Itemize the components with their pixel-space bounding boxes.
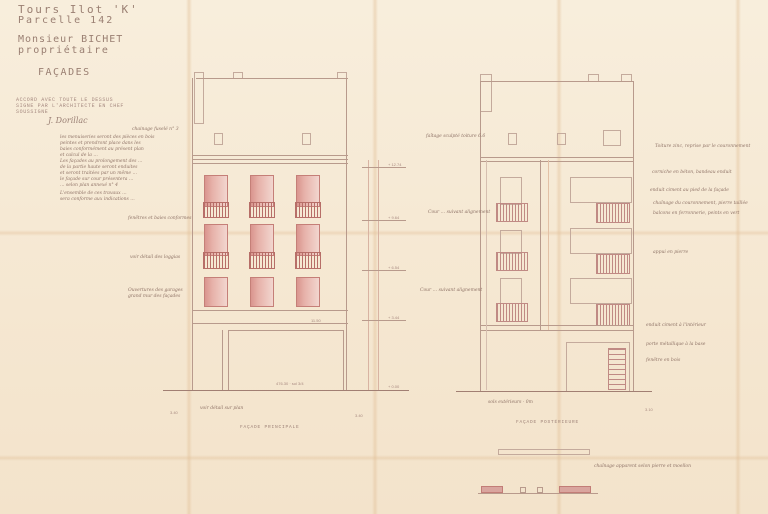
approval-line: SOUSSIGNE [16, 109, 48, 115]
balcony-railing [249, 252, 275, 269]
principal-facade-label: FAÇADE PRINCIPALE [240, 425, 300, 430]
paper-fold [0, 230, 768, 236]
annotation: fenêtres et baies conformes [128, 216, 191, 222]
balcony-railing [496, 203, 528, 222]
chimney [480, 74, 492, 112]
balcony-railing [203, 202, 229, 218]
annotation: balcons en ferronnerie, peints en vert [653, 211, 739, 217]
paper-fold [0, 455, 768, 461]
window [250, 277, 274, 307]
roof-window [508, 133, 517, 145]
paper-fold [556, 0, 562, 514]
annotation: chaînage du couronnement, pierre taillée [653, 201, 748, 207]
owner-line-2: propriétaire [18, 45, 109, 56]
architectural-sheet: Tours Ilot 'K' Parcelle 142 Monsieur BIC… [0, 0, 768, 514]
handwritten-note: les menuiseries seront des pièces en boi… [60, 135, 195, 203]
paper-fold [735, 0, 741, 514]
ground-line [163, 390, 409, 391]
ground-note: voir détail sur plan [200, 406, 243, 412]
roof-window [557, 133, 566, 145]
balcony-railing [596, 304, 630, 326]
window [500, 177, 522, 205]
title-line-2: Parcelle 142 [18, 15, 114, 26]
rear-facade-label: FAÇADE POSTÉRIEURE [516, 420, 579, 425]
annotation: appui en pierre [653, 250, 688, 256]
balcony-railing [496, 252, 528, 271]
annotation: porte métallique à la base [646, 342, 705, 348]
roof-window [214, 133, 223, 145]
annotation: Toiture zinc, reprise par le couronnemen… [655, 144, 750, 150]
chimney [194, 72, 204, 124]
annotation: enduit ciment au pied de la façade [650, 188, 729, 194]
annotation: fenêtre en bois [646, 358, 680, 364]
balcony-railing [295, 202, 321, 218]
ground-note: sols extérieurs · 0m [488, 400, 533, 406]
annotation: voir détail des loggias [130, 255, 180, 261]
sheet-title: FAÇADES [38, 67, 91, 78]
door-grille [608, 348, 626, 390]
balcony-railing [596, 203, 630, 223]
balcony-railing [295, 252, 321, 269]
roof-window [603, 130, 621, 146]
window [296, 277, 320, 307]
balcony-railing [249, 202, 275, 218]
annotation: corniche en béton, bandeau enduit [652, 170, 732, 176]
ground-line [456, 391, 652, 392]
balcony-railing [596, 254, 630, 274]
owner-line-1: Monsieur BICHET [18, 34, 123, 45]
window [500, 230, 522, 254]
roof-window [302, 133, 311, 145]
balcony-railing [496, 303, 528, 322]
balcony-railing [203, 252, 229, 269]
window [204, 277, 228, 307]
window [500, 278, 522, 304]
note-heading: chainage fuselé n° 3 [132, 127, 179, 133]
annotation: grand mur des façades [128, 294, 180, 300]
annotation: enduit ciment à l'intérieur [646, 323, 706, 329]
signature: J. Dorillac [48, 118, 88, 124]
